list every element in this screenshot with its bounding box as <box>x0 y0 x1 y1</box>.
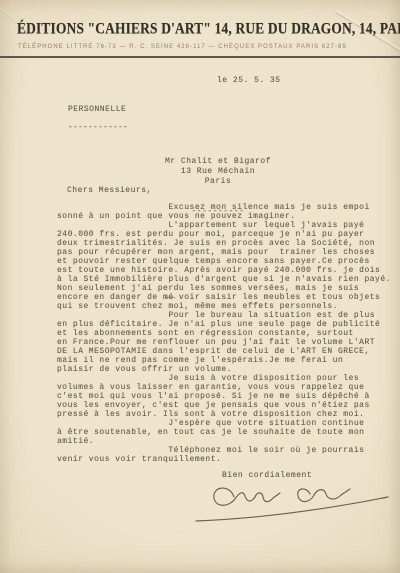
body-line: Je suis à votre disposition pour les <box>57 374 399 383</box>
body-line: deux trimestrialités. Je suis en procès … <box>57 239 399 248</box>
letterhead-contact-line: TÉLÉPHONE LITTRÉ 76-73 — R. C. SEINE 426… <box>18 44 394 50</box>
body-line: Non seulement j'ai perdu les sommes vers… <box>57 284 399 293</box>
letterhead-title-text: ÉDITIONS "CAHIERS D'ART" 14, RUE DU DRAG… <box>17 19 400 37</box>
body-line: mais il ne rend pas comme je l'espérais.… <box>57 356 399 365</box>
confidential-block: PERSONNELLE ------------ <box>68 95 128 143</box>
date-line: le 25. 5. 35 <box>217 76 281 85</box>
recipient-line: 13 Rue Méchain <box>148 167 288 177</box>
body-line: et pouvoir rester quelque temps encore s… <box>57 257 399 266</box>
fold-crease-icon <box>0 6 18 24</box>
body-line: volumes à vous laisser en garantie, vous… <box>57 383 399 392</box>
body-line: 240.000 frs. est perdu pour moi, parcequ… <box>57 230 399 239</box>
body-line: pas pour récupérer mon argent, mais pour… <box>57 248 399 257</box>
body-line: DE LA MESOPOTAMIE dans l'esprit de celui… <box>57 347 399 356</box>
confidential-label: PERSONNELLE <box>68 107 128 113</box>
signature-first-word <box>214 488 280 505</box>
recipient-line: Mr Chalit et Bigarof <box>148 157 288 167</box>
letter-body: Excusez mon silence mais je suis empoiso… <box>57 203 399 464</box>
body-line: venir vous voir tranquillement. <box>57 455 399 464</box>
body-line: J'espère que votre situation continue <box>57 419 399 428</box>
body-line: vous les envoyer, c'est que je pensais q… <box>57 401 399 410</box>
letterhead-title: ÉDITIONS "CAHIERS D'ART" 14, RUE DU DRAG… <box>17 18 395 38</box>
body-line: Téléphonez moi le soir où je pourrais <box>57 446 399 455</box>
body-line: et les abonnements sont en régression co… <box>57 329 399 338</box>
recipient-lines: Mr Chalit et Bigarof13 Rue MéchainParis <box>148 157 288 187</box>
body-line: plaisir de vous offrir un volume. <box>57 365 399 374</box>
body-line: sonné à un point que vous ne pouvez imag… <box>57 212 399 221</box>
body-line: Pour le bureau la situation est de plus <box>57 311 399 320</box>
body-line: qui se trouvent chez moi, même mes effet… <box>57 302 399 311</box>
body-line: est toute une histoire. Après avoir payé… <box>57 266 399 275</box>
closing-line: Bien cordialement <box>222 471 312 480</box>
body-line: à la Sté Immobilière plus d'argent que s… <box>57 275 399 284</box>
body-line: amitié. <box>57 437 399 446</box>
signature-second-word <box>298 489 350 502</box>
body-line: c'est moi qui vous l'ai proposé. Si je n… <box>57 392 399 401</box>
body-line: L'appartement sur lequel j'avais payé <box>57 221 399 230</box>
signature-underline <box>196 497 388 521</box>
body-line: Excusez mon silence mais je suis empoi <box>57 203 399 212</box>
signature-scribble-icon <box>192 477 392 535</box>
letterhead-divider <box>0 56 400 58</box>
body-line: en France.Pour me renflouer un peu j'ai … <box>57 338 399 347</box>
letter-page: ÉDITIONS "CAHIERS D'ART" 14, RUE DU DRAG… <box>0 0 400 573</box>
body-line: à être soutenable, en tout cas je le sou… <box>57 428 399 437</box>
salutation: Chers Messieurs, <box>67 186 152 195</box>
confidential-underline: ------------ <box>68 125 128 131</box>
body-line: en plus déficitaire. Je n'ai plus une se… <box>57 320 399 329</box>
body-line: pressé à les avoir. Ils sont à votre dis… <box>57 410 399 419</box>
recipient-line: Paris <box>148 177 288 187</box>
body-line: encore en danger de m̶é̶ voir saisir les… <box>57 293 399 302</box>
